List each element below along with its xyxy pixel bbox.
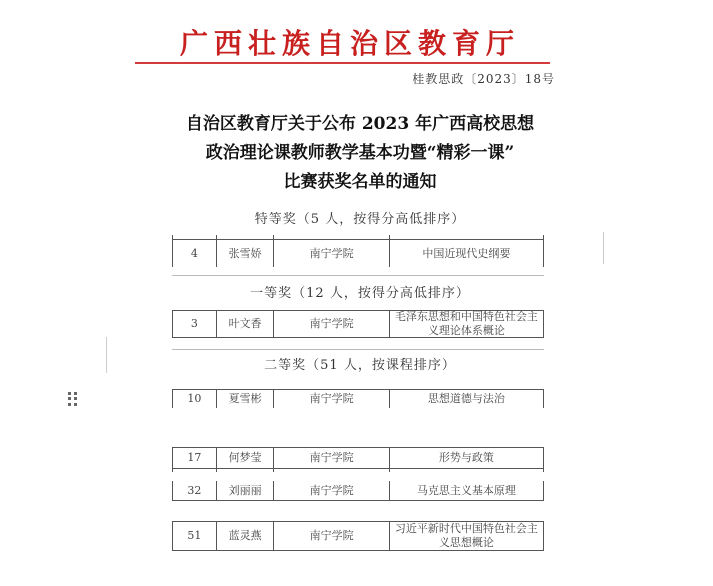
cell-name: 何梦莹 [217, 448, 275, 468]
letterhead-org-name: 广西壮族自治区教育厅 [180, 22, 520, 62]
cell-name: 张雪娇 [217, 240, 275, 267]
table-row-partial [172, 469, 544, 472]
drag-handle-icon[interactable] [68, 392, 78, 406]
cell-no: 17 [173, 448, 217, 468]
title-line-1: 自治区教育厅关于公布 2023 年广西高校思想 [150, 110, 570, 139]
cell-no: 3 [173, 311, 217, 337]
cell-name: 蓝灵燕 [217, 522, 275, 550]
cell-name: 夏雪彬 [217, 390, 275, 408]
table-row: 51 蓝灵燕 南宁学院 习近平新时代中国特色社会主义思想概论 [172, 521, 544, 551]
cell-no: 51 [173, 522, 217, 550]
cell-school: 南宁学院 [274, 448, 389, 468]
table-row: 3 叶文香 南宁学院 毛泽东思想和中国特色社会主义理论体系概论 [172, 310, 544, 338]
cell-no: 10 [173, 390, 217, 408]
cell-school: 南宁学院 [274, 240, 389, 267]
table-row: 10 夏雪彬 南宁学院 思想道德与法治 [172, 389, 544, 408]
cell-course: 中国近现代史纲要 [390, 240, 543, 267]
cell-course: 形势与政策 [390, 448, 543, 468]
table-row: 32 刘丽丽 南宁学院 马克思主义基本原理 [172, 481, 544, 501]
document-number: 桂教思政〔2023〕18号 [385, 70, 555, 87]
table-row: 4 张雪娇 南宁学院 中国近现代史纲要 [172, 239, 544, 267]
document-title: 自治区教育厅关于公布 2023 年广西高校思想 政治理论课教师教学基本功暨“精彩… [150, 110, 570, 197]
cell-course: 马克思主义基本原理 [390, 481, 543, 500]
divider [172, 275, 544, 276]
edge-artifact [106, 337, 107, 373]
cell-name: 叶文香 [217, 311, 275, 337]
cell-no: 4 [173, 240, 217, 267]
title-line-2: 政治理论课教师教学基本功暨“精彩一课” [150, 139, 570, 168]
edge-artifact [603, 232, 604, 264]
cell-course: 毛泽东思想和中国特色社会主义理论体系概论 [390, 311, 543, 337]
section-heading-second-prize: 二等奖（51 人，按课程排序） [150, 354, 570, 373]
cell-name: 刘丽丽 [217, 481, 275, 500]
title-line-3: 比赛获奖名单的通知 [150, 168, 570, 197]
section-heading-first-prize: 一等奖（12 人，按得分高低排序） [150, 282, 570, 301]
table-row: 17 何梦莹 南宁学院 形势与政策 [172, 447, 544, 469]
letterhead-red-rule [135, 62, 550, 64]
cell-school: 南宁学院 [274, 522, 389, 550]
divider [172, 349, 544, 350]
section-heading-special-prize: 特等奖（5 人，按得分高低排序） [150, 208, 570, 227]
cell-school: 南宁学院 [274, 311, 389, 337]
cell-course: 思想道德与法治 [390, 390, 543, 408]
cell-school: 南宁学院 [274, 390, 389, 408]
cell-course: 习近平新时代中国特色社会主义思想概论 [390, 522, 543, 550]
cell-no: 32 [173, 481, 217, 500]
cell-school: 南宁学院 [274, 481, 389, 500]
